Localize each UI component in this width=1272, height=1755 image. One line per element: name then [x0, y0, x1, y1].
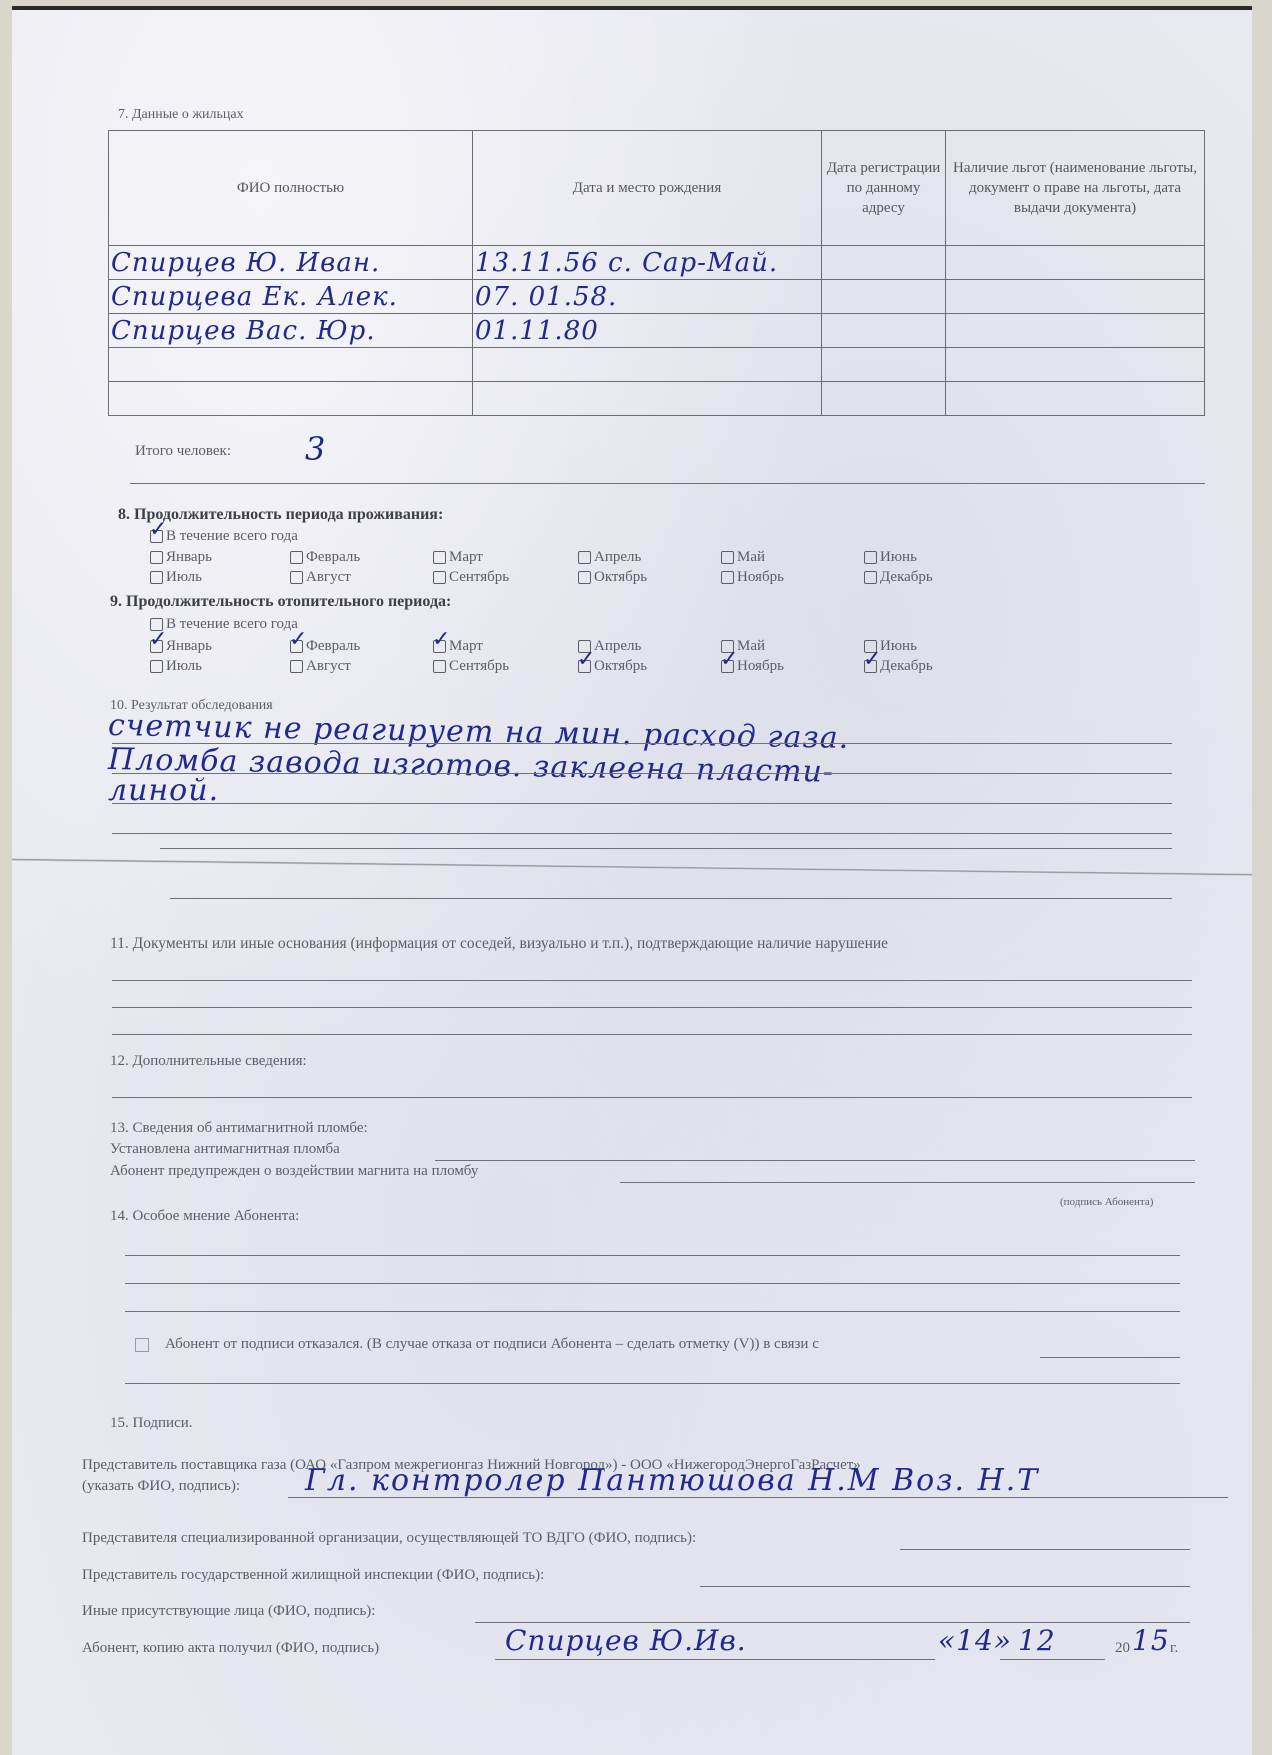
cell-birth[interactable]: 07. 01.58.	[473, 280, 822, 314]
cell-name[interactable]	[109, 382, 473, 416]
heating-months-grid: ЯнварьФевральМартАпрельМайИюньИюльАвгуст…	[150, 636, 984, 676]
subscriber-signature[interactable]: Спирцев Ю.Ив.	[505, 1624, 747, 1657]
refusal-rule	[125, 1383, 1180, 1384]
date-month[interactable]: 12	[1018, 1624, 1056, 1657]
total-label: Итого человек:	[135, 443, 231, 460]
checkbox-box[interactable]	[433, 571, 446, 584]
result-rule	[112, 773, 1172, 774]
subscriber-label: Абонент, копию акта получил (ФИО, подпис…	[82, 1640, 379, 1657]
cell-birth[interactable]	[473, 348, 822, 382]
checkbox-month[interactable]: Июнь	[864, 636, 984, 656]
checkbox-label: Июнь	[880, 549, 917, 566]
table-row: Спирцев Ю. Иван. 13.11.56 с. Сар-Май.	[109, 246, 1205, 280]
opinion-rule	[125, 1255, 1180, 1256]
result-rule	[112, 743, 1172, 744]
checkbox-month[interactable]: Октябрь	[578, 567, 721, 587]
checkbox-label: Июнь	[880, 638, 917, 655]
checkbox-box[interactable]	[150, 640, 163, 653]
checkbox-month[interactable]: Февраль	[290, 547, 433, 567]
checkbox-label: Октябрь	[594, 569, 647, 586]
checkbox-living-whole-year[interactable]: В течение всего года	[150, 526, 298, 546]
section-13-title: 13. Сведения об антимагнитной пломбе:	[110, 1120, 368, 1137]
checkbox-label: Декабрь	[880, 658, 933, 675]
date-year-tail: г.	[1170, 1640, 1178, 1657]
cell-benefits[interactable]	[946, 280, 1205, 314]
cell-registration[interactable]	[822, 348, 946, 382]
checkbox-box[interactable]	[150, 571, 163, 584]
checkbox-box[interactable]	[721, 551, 734, 564]
col-header-name: ФИО полностью	[109, 131, 473, 246]
col-header-birth: Дата и место рождения	[473, 131, 822, 246]
checkbox-box[interactable]	[864, 660, 877, 673]
supplier-field	[288, 1497, 1228, 1498]
checkbox-month[interactable]: Январь	[150, 636, 290, 656]
antimagnet-warned-field[interactable]	[620, 1182, 1195, 1183]
cell-name[interactable]: Спирцева Ек. Алек.	[109, 280, 473, 314]
checkbox-label: Май	[737, 549, 765, 566]
antimagnet-installed-label: Установлена антимагнитная пломба	[110, 1141, 340, 1158]
checkbox-month[interactable]: Август	[290, 567, 433, 587]
checkbox-label: Декабрь	[880, 569, 933, 586]
checkbox-month[interactable]: Июнь	[864, 547, 984, 567]
checkbox-label: Июль	[166, 569, 202, 586]
checkbox-label: Февраль	[306, 549, 360, 566]
checkbox-box[interactable]	[150, 530, 163, 543]
result-rule	[112, 833, 1172, 834]
checkbox-label: Август	[306, 569, 351, 586]
checkbox-label: Февраль	[306, 638, 360, 655]
checkbox-month[interactable]: Август	[290, 656, 433, 676]
evidence-rule	[112, 980, 1192, 981]
cell-registration[interactable]	[822, 280, 946, 314]
checkbox-month[interactable]: Сентябрь	[433, 567, 578, 587]
checkbox-label: Май	[737, 638, 765, 655]
checkbox-month[interactable]: Март	[433, 636, 578, 656]
section-9-title: 9. Продолжительность отопительного перио…	[110, 593, 451, 611]
table-row	[109, 348, 1205, 382]
cell-benefits[interactable]	[946, 314, 1205, 348]
refusal-reason-field[interactable]	[1040, 1357, 1180, 1358]
opinion-rule	[125, 1283, 1180, 1284]
checkbox-label: Октябрь	[594, 658, 647, 675]
checkbox-box[interactable]	[290, 571, 303, 584]
checkbox-month[interactable]: Июль	[150, 656, 290, 676]
refusal-checkbox[interactable]	[135, 1338, 149, 1352]
cell-benefits[interactable]	[946, 348, 1205, 382]
supplier-signature[interactable]: Гл. контролер Пантюшова Н.М Воз. Н.Т	[305, 1463, 1039, 1498]
checkbox-box[interactable]	[578, 571, 591, 584]
vdgo-field[interactable]	[900, 1549, 1190, 1550]
cell-name[interactable]: Спирцев Ю. Иван.	[109, 246, 473, 280]
checkbox-label: Март	[449, 549, 483, 566]
cell-birth[interactable]: 01.11.80	[473, 314, 822, 348]
checkbox-label: Январь	[166, 549, 212, 566]
cell-registration[interactable]	[822, 382, 946, 416]
result-rule	[160, 848, 1172, 849]
col-header-registration: Дата регистрации по данному адресу	[822, 131, 946, 246]
checkbox-box[interactable]	[290, 551, 303, 564]
cell-name[interactable]	[109, 348, 473, 382]
cell-name[interactable]: Спирцев Вас. Юр.	[109, 314, 473, 348]
additional-rule	[112, 1097, 1192, 1098]
table-row	[109, 382, 1205, 416]
divider	[130, 483, 1205, 484]
checkbox-box[interactable]	[864, 551, 877, 564]
checkbox-box[interactable]	[721, 571, 734, 584]
checkbox-box[interactable]	[578, 551, 591, 564]
signature-caption: (подпись Абонента)	[1060, 1196, 1153, 1208]
cell-benefits[interactable]	[946, 382, 1205, 416]
supplier-label-2: (указать ФИО, подпись):	[82, 1478, 240, 1495]
section-14-title: 14. Особое мнение Абонента:	[110, 1208, 299, 1225]
checkbox-month[interactable]: Январь	[150, 547, 290, 567]
evidence-rule	[112, 1007, 1192, 1008]
checkbox-label: Сентябрь	[449, 569, 509, 586]
cell-benefits[interactable]	[946, 246, 1205, 280]
checkbox-month[interactable]: Май	[721, 636, 864, 656]
checkbox-month[interactable]: Апрель	[578, 636, 721, 656]
date-day[interactable]: «14»	[938, 1624, 1012, 1657]
antimagnet-warned-label: Абонент предупрежден о воздействии магни…	[110, 1163, 478, 1180]
section-12-title: 12. Дополнительные сведения:	[110, 1053, 307, 1070]
checkbox-label: Ноябрь	[737, 569, 784, 586]
checkbox-month[interactable]: Март	[433, 547, 578, 567]
others-field[interactable]	[475, 1622, 1190, 1623]
section-11-title: 11. Документы или иные основания (информ…	[110, 935, 888, 953]
antimagnet-installed-field[interactable]	[435, 1160, 1195, 1161]
cell-registration[interactable]	[822, 314, 946, 348]
checkbox-box[interactable]	[150, 551, 163, 564]
checkbox-label: Ноябрь	[737, 658, 784, 675]
checkbox-label: Январь	[166, 638, 212, 655]
vdgo-label: Представителя специализированной организ…	[82, 1530, 696, 1547]
checkbox-box[interactable]	[150, 660, 163, 673]
checkbox-box[interactable]	[433, 551, 446, 564]
refusal-label: Абонент от подписи отказался. (В случае …	[165, 1336, 819, 1353]
living-months-grid: ЯнварьФевральМартАпрельМайИюньИюльАвгуст…	[150, 547, 984, 587]
col-header-benefits: Наличие льгот (наименование льготы, доку…	[946, 131, 1205, 246]
subscriber-field	[495, 1659, 935, 1660]
checkbox-month[interactable]: Ноябрь	[721, 656, 864, 676]
checkbox-box[interactable]	[864, 571, 877, 584]
inspection-label: Представитель государственной жилищной и…	[82, 1567, 544, 1584]
checkbox-month[interactable]: Декабрь	[864, 656, 984, 676]
date-month-field	[1000, 1659, 1105, 1660]
cell-birth[interactable]: 13.11.56 с. Сар-Май.	[473, 246, 822, 280]
table-row: Спирцева Ек. Алек. 07. 01.58.	[109, 280, 1205, 314]
result-rule	[170, 898, 1172, 899]
checkbox-month[interactable]: Ноябрь	[721, 567, 864, 587]
section-7-title: 7. Данные о жильцах	[118, 107, 244, 123]
table-row: Спирцев Вас. Юр. 01.11.80	[109, 314, 1205, 348]
checkbox-box[interactable]	[290, 640, 303, 653]
checkbox-month[interactable]: Июль	[150, 567, 290, 587]
cell-registration[interactable]	[822, 246, 946, 280]
checkbox-label: Август	[306, 658, 351, 675]
checkbox-heating-whole-year[interactable]: В течение всего года	[150, 614, 298, 634]
residents-table: ФИО полностью Дата и место рождения Дата…	[108, 130, 1205, 416]
section-15-title: 15. Подписи.	[110, 1415, 193, 1432]
date-year-prefix: 20	[1115, 1640, 1130, 1657]
checkbox-box[interactable]	[721, 660, 734, 673]
checkbox-label: Апрель	[594, 549, 641, 566]
result-rule	[112, 803, 1172, 804]
total-value[interactable]: 3	[305, 430, 326, 468]
opinion-rule	[125, 1311, 1180, 1312]
checkbox-label: В течение всего года	[166, 528, 298, 545]
checkbox-label: Апрель	[594, 638, 641, 655]
checkbox-label: Июль	[166, 658, 202, 675]
checkbox-month[interactable]: Декабрь	[864, 567, 984, 587]
checkbox-box[interactable]	[433, 640, 446, 653]
checkbox-month[interactable]: Май	[721, 547, 864, 567]
checkbox-box[interactable]	[433, 660, 446, 673]
checkbox-box[interactable]	[290, 660, 303, 673]
evidence-rule	[112, 1034, 1192, 1035]
date-year-suffix[interactable]: 15	[1132, 1624, 1170, 1657]
cell-birth[interactable]	[473, 382, 822, 416]
checkbox-month[interactable]: Сентябрь	[433, 656, 578, 676]
checkbox-month[interactable]: Апрель	[578, 547, 721, 567]
checkbox-label: Сентябрь	[449, 658, 509, 675]
checkbox-label: Март	[449, 638, 483, 655]
checkbox-box[interactable]	[578, 660, 591, 673]
checkbox-month[interactable]: Октябрь	[578, 656, 721, 676]
checkbox-label: В течение всего года	[166, 616, 298, 633]
checkbox-month[interactable]: Февраль	[290, 636, 433, 656]
others-label: Иные присутствующие лица (ФИО, подпись):	[82, 1603, 375, 1620]
inspection-field[interactable]	[700, 1586, 1190, 1587]
